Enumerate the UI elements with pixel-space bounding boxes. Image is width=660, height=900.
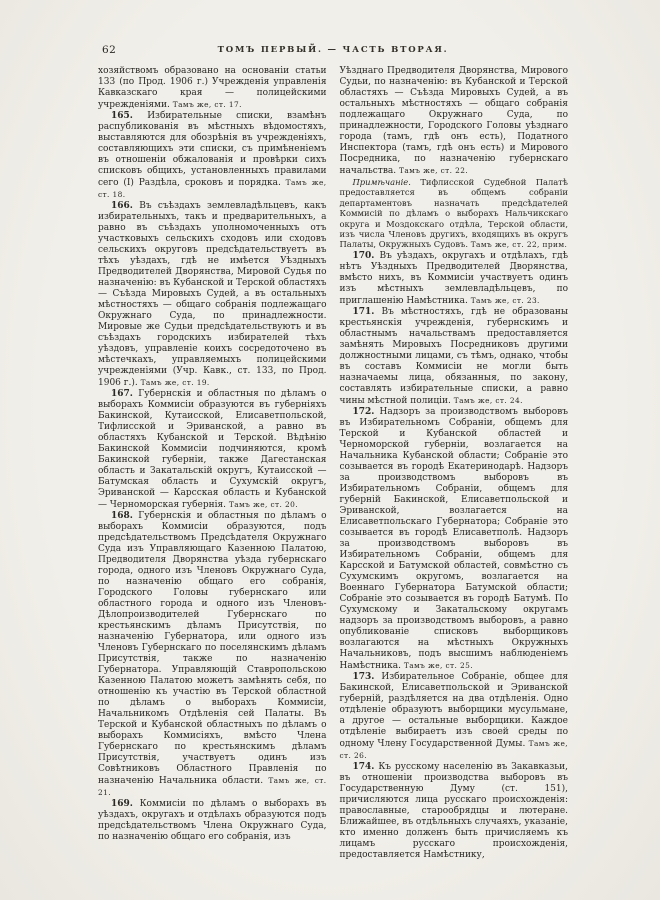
citation-ref: Тамъ же, ст. 22, прим. bbox=[471, 240, 568, 249]
right-column: Уѣзднаго Предводителя Дворянства, Мирово… bbox=[340, 66, 569, 861]
article-paragraph: 169. Коммисіи по дѣламъ о выборахъ въ уѣ… bbox=[98, 799, 327, 843]
article-number: 173. bbox=[353, 672, 375, 682]
citation-ref: Тамъ же, ст. 22. bbox=[399, 166, 468, 175]
article-number: 169. bbox=[111, 799, 133, 809]
article-paragraph: 165. Избирательные списки, взамѣнъ распу… bbox=[98, 111, 327, 201]
page-header: 62 ТОМЪ ПЕРВЫЙ. — ЧАСТЬ ВТОРАЯ. bbox=[98, 44, 568, 58]
article-paragraph: 171. Въ мѣстностяхъ, гдѣ не образованы к… bbox=[340, 307, 569, 407]
citation-ref: Тамъ же, ст. 21. bbox=[98, 776, 326, 797]
article-paragraph: 166. Въ съѣздахъ землевладѣльцевъ, какъ … bbox=[98, 201, 327, 389]
citation-ref: Тамъ же, ст. 17. bbox=[173, 100, 242, 109]
article-paragraph: хозяйствомъ образовано на основаніи стат… bbox=[98, 66, 327, 111]
article-paragraph: 173. Избирательное Собраніе, общее для Б… bbox=[340, 672, 569, 762]
citation-ref: Тамъ же, ст. 24. bbox=[454, 396, 523, 405]
article-number: 168. bbox=[111, 511, 133, 521]
note-lead: Примѣчаніе. bbox=[353, 177, 411, 187]
citation-ref: Тамъ же, ст. 23. bbox=[471, 296, 540, 305]
article-number: 165. bbox=[111, 111, 133, 121]
citation-ref: Тамъ же, ст. 26. bbox=[340, 739, 569, 760]
note-paragraph: Примѣчаніе. Тифлисской Судебной Палатѣ п… bbox=[340, 177, 569, 251]
left-column: хозяйствомъ образовано на основаніи стат… bbox=[98, 66, 327, 861]
article-paragraph: Уѣзднаго Предводителя Дворянства, Мирово… bbox=[340, 66, 569, 177]
citation-ref: Тамъ же, ст. 18. bbox=[98, 178, 327, 199]
citation-ref: Тамъ же, ст. 25. bbox=[404, 661, 473, 670]
article-number: 172. bbox=[353, 407, 375, 417]
citation-ref: Тамъ же, ст. 19. bbox=[141, 378, 210, 387]
article-paragraph: 172. Надзоръ за производствомъ выборовъ … bbox=[340, 407, 569, 672]
article-number: 166. bbox=[111, 201, 133, 211]
article-number: 167. bbox=[111, 389, 133, 399]
text-columns: хозяйствомъ образовано на основаніи стат… bbox=[98, 66, 568, 861]
citation-ref: Тамъ же, ст. 20. bbox=[229, 500, 298, 509]
running-title: ТОМЪ ПЕРВЫЙ. — ЧАСТЬ ВТОРАЯ. bbox=[98, 45, 568, 55]
article-paragraph: 168. Губернскія и областныя по дѣламъ о … bbox=[98, 511, 327, 799]
article-paragraph: 167. Губернскія и областныя по дѣламъ о … bbox=[98, 389, 327, 511]
article-paragraph: 170. Въ уѣздахъ, округахъ и отдѣлахъ, гд… bbox=[340, 251, 569, 307]
article-paragraph: 174. Къ русскому населенію въ Закавказьи… bbox=[340, 762, 569, 861]
article-number: 171. bbox=[353, 307, 375, 317]
article-number: 170. bbox=[353, 251, 375, 261]
book-page: 62 ТОМЪ ПЕРВЫЙ. — ЧАСТЬ ВТОРАЯ. хозяйств… bbox=[0, 0, 660, 900]
article-number: 174. bbox=[353, 762, 375, 772]
